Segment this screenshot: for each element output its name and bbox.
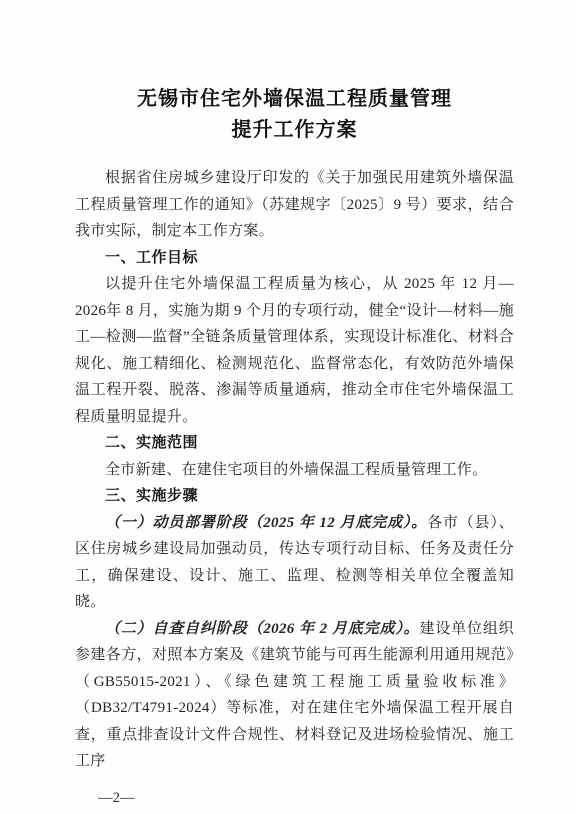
section-1-body: 以提升住宅外墙保温工程质量为核心，从 2025 年 12 月—2026年 8 月… bbox=[75, 271, 514, 430]
title-line-1: 无锡市住宅外墙保温工程质量管理 bbox=[75, 84, 514, 115]
step-1-paragraph: （一）动员部署阶段（2025 年 12 月底完成）。各市（县）、区住房城乡建设局… bbox=[75, 510, 514, 616]
step-2-paragraph: （二）自查自纠阶段（2026 年 2 月底完成）。建设单位组织参建各方，对照本方… bbox=[75, 616, 514, 775]
section-2-heading: 二、实施范围 bbox=[75, 430, 514, 457]
title-line-2: 提升工作方案 bbox=[75, 115, 514, 146]
intro-paragraph: 根据省住房城乡建设厅印发的《关于加强民用建筑外墙保温工程质量管理工作的通知》（苏… bbox=[75, 165, 514, 245]
step-2-lead: （二）自查自纠阶段（2026 年 2 月底完成）。 bbox=[105, 621, 420, 637]
section-3-heading: 三、实施步骤 bbox=[75, 483, 514, 510]
document-title: 无锡市住宅外墙保温工程质量管理 提升工作方案 bbox=[75, 84, 514, 146]
step-1-lead: （一）动员部署阶段（2025 年 12 月底完成）。 bbox=[105, 515, 427, 531]
page-number: —2— bbox=[98, 788, 514, 808]
section-1-heading: 一、工作目标 bbox=[75, 245, 514, 272]
section-2-body: 全市新建、在建住宅项目的外墙保温工程质量管理工作。 bbox=[75, 457, 514, 484]
document-page: 无锡市住宅外墙保温工程质量管理 提升工作方案 根据省住房城乡建设厅印发的《关于加… bbox=[0, 0, 576, 814]
step-2-body: 建设单位组织参建各方，对照本方案及《建筑节能与可再生能源利用通用规范》（GB55… bbox=[75, 621, 514, 770]
